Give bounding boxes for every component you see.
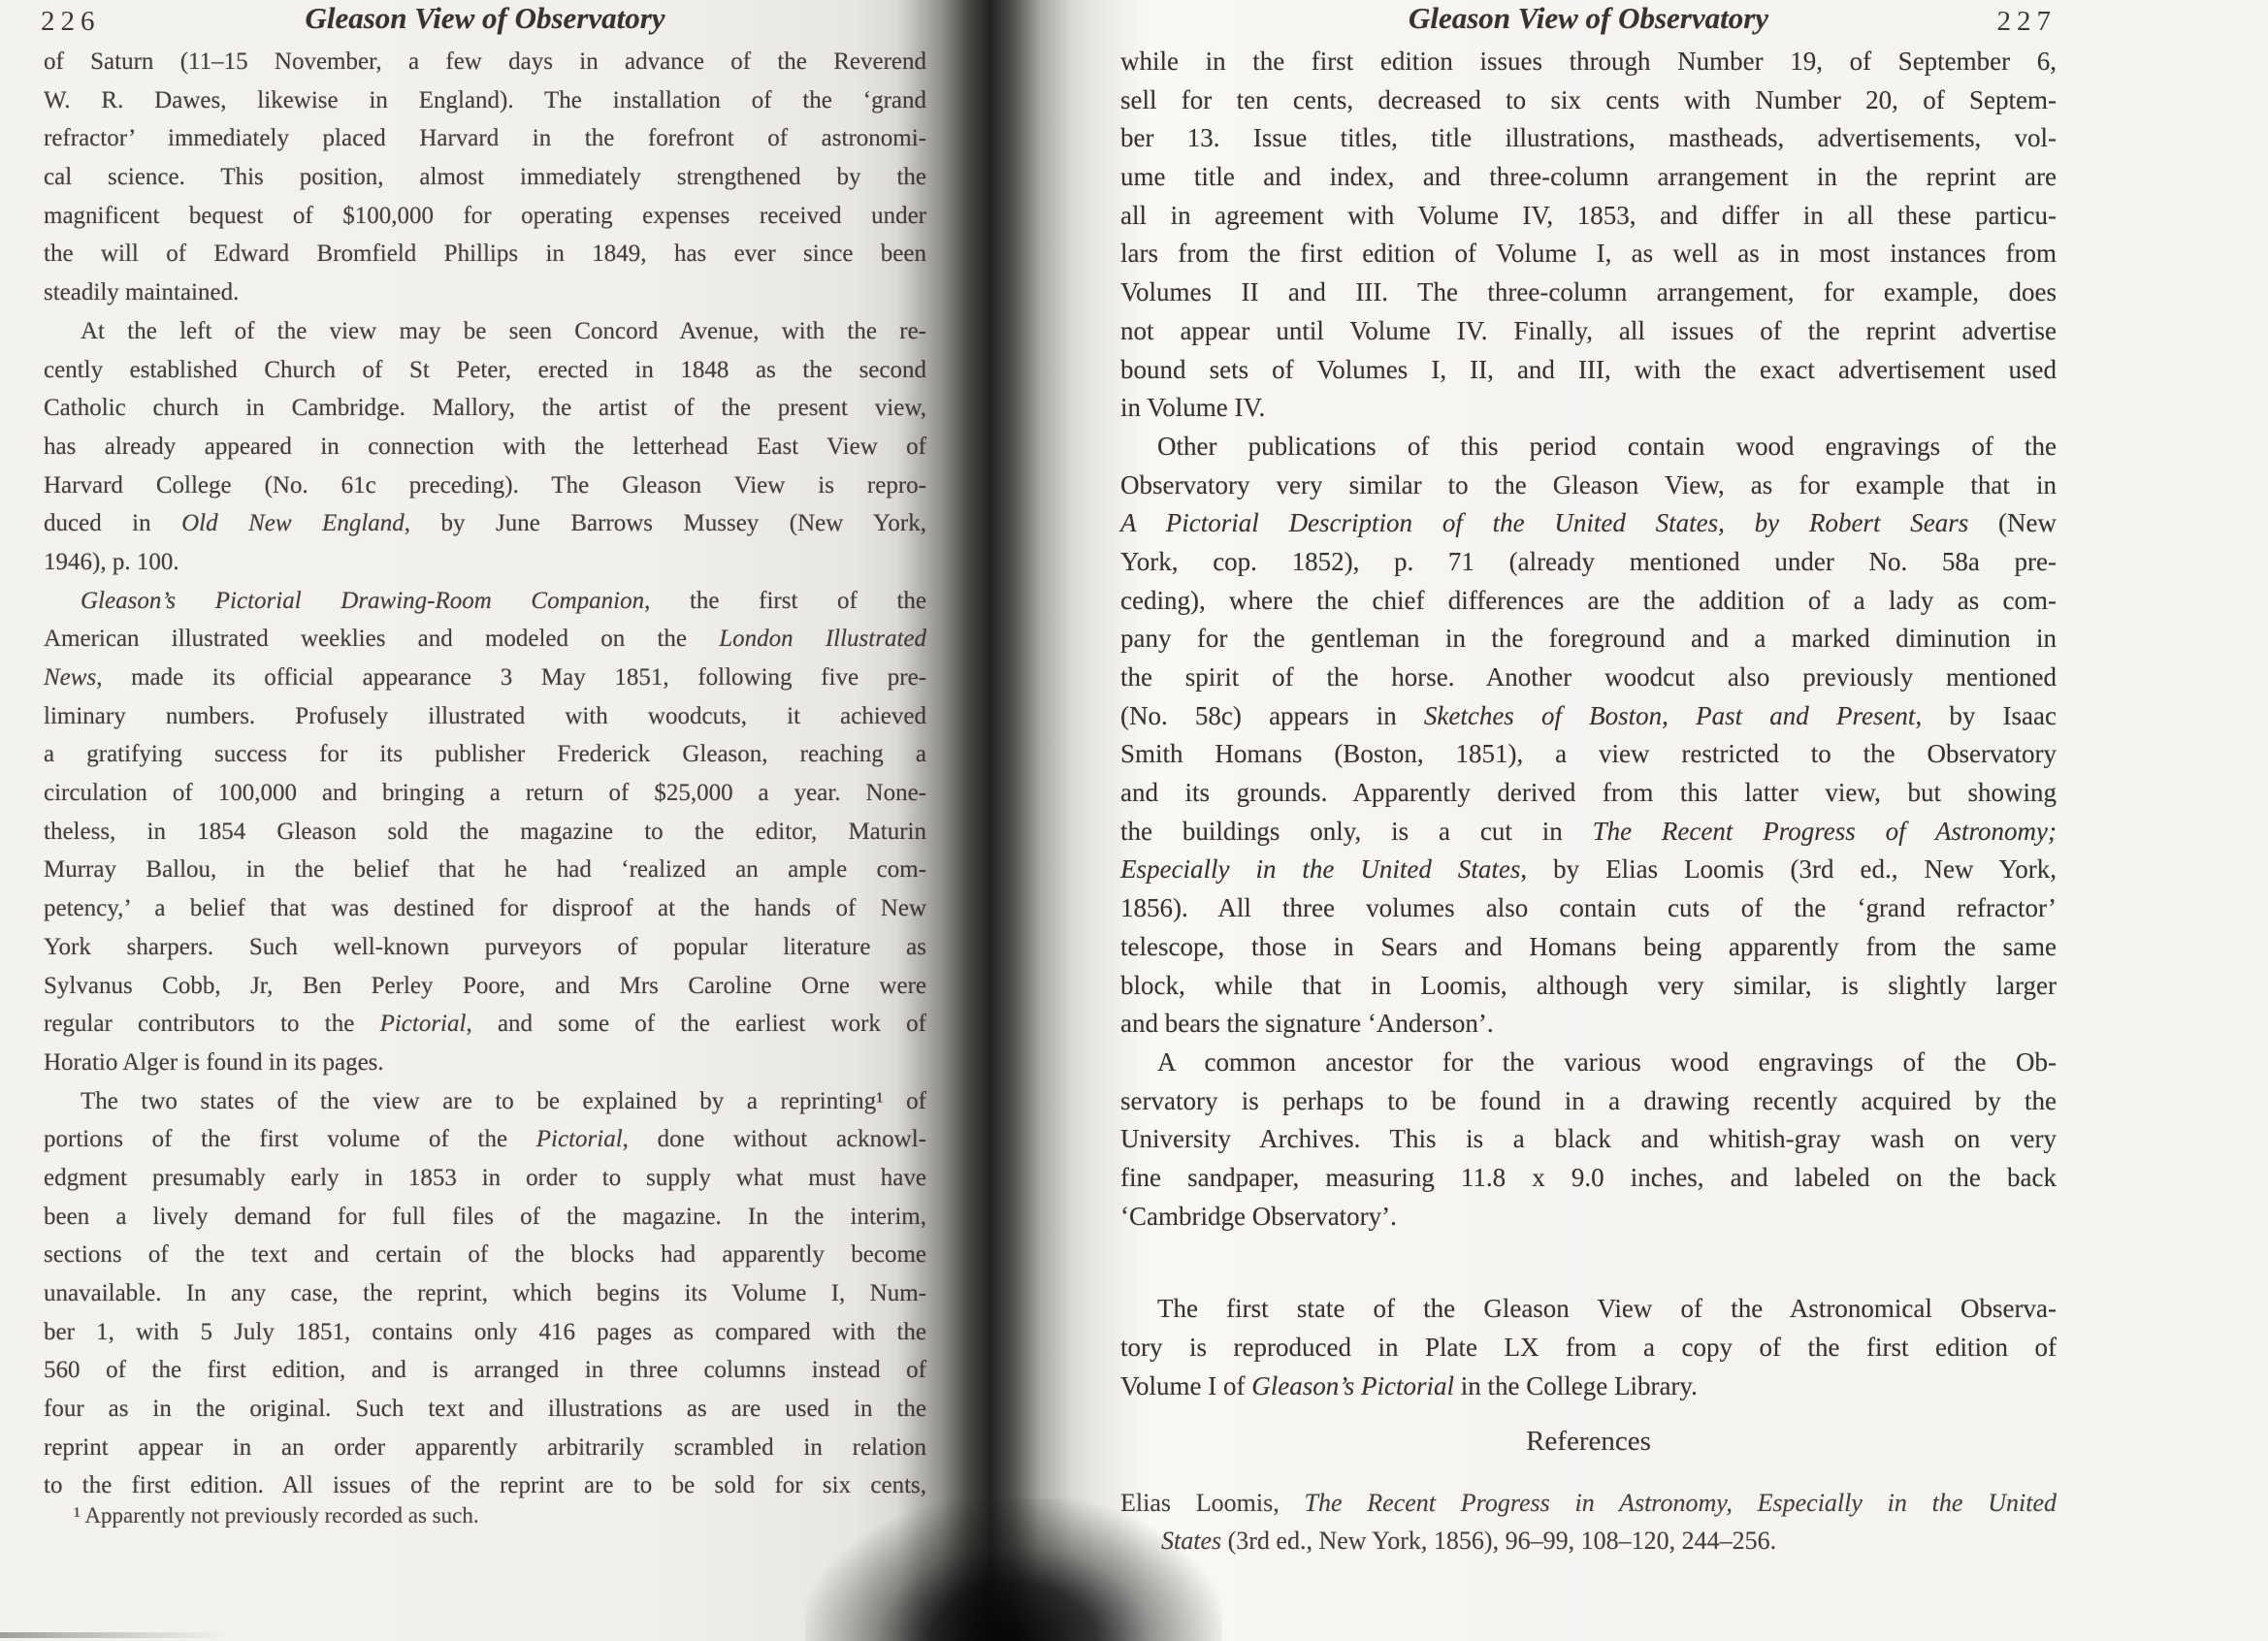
text-line: the buildings only, is a cut in The Rece… xyxy=(1120,813,2057,852)
text-line: bound sets of Volumes I, II, and III, wi… xyxy=(1120,351,2057,390)
left-page-footnote: ¹ Apparently not previously recorded as … xyxy=(74,1503,927,1528)
text-line: States (3rd ed., New York, 1856), 96–99,… xyxy=(1120,1522,2057,1560)
text-line: liminary numbers. Profusely illustrated … xyxy=(44,697,926,736)
text-line: The two states of the view are to be exp… xyxy=(44,1082,926,1121)
text-line: telescope, those in Sears and Homans bei… xyxy=(1120,928,2057,967)
text-line: has already appeared in connection with … xyxy=(44,428,926,467)
text-line: not appear until Volume IV. Finally, all… xyxy=(1120,312,2057,351)
text-line: all in agreement with Volume IV, 1853, a… xyxy=(1120,197,2057,236)
text-line: petency,’ a belief that was destined for… xyxy=(44,889,926,928)
text-line: refractor’ immediately placed Harvard in… xyxy=(44,119,926,158)
text-line: Gleason’s Pictorial Drawing-Room Compani… xyxy=(44,582,926,621)
text-line: ume title and index, and three-column ar… xyxy=(1120,158,2057,197)
text-line: while in the first edition issues throug… xyxy=(1120,43,2057,81)
text-line: and bears the signature ‘Anderson’. xyxy=(1120,1005,2057,1044)
text-line: a gratifying success for its publisher F… xyxy=(44,735,926,774)
text-line: tory is reproduced in Plate LX from a co… xyxy=(1120,1329,2057,1367)
text-line: pany for the gentleman in the foreground… xyxy=(1120,620,2057,659)
text-line: circulation of 100,000 and bringing a re… xyxy=(44,774,926,813)
text-line: University Archives. This is a black and… xyxy=(1120,1120,2057,1159)
text-line: Volume I of Gleason’s Pictorial in the C… xyxy=(1120,1367,2057,1406)
text-line: News, made its official appearance 3 May… xyxy=(44,659,926,697)
text-line: At the left of the view may be seen Conc… xyxy=(44,312,926,351)
text-line: W. R. Dawes, likewise in England). The i… xyxy=(44,81,926,120)
text-line: ‘Cambridge Observatory’. xyxy=(1120,1198,2057,1237)
text-line: portions of the first volume of the Pict… xyxy=(44,1120,926,1159)
right-text-column: while in the first edition issues throug… xyxy=(1120,43,2057,1405)
text-line: in Volume IV. xyxy=(1120,389,2057,428)
text-line: lars from the first edition of Volume I,… xyxy=(1120,235,2057,273)
text-line: block, while that in Loomis, although ve… xyxy=(1120,967,2057,1006)
text-line: 1856). All three volumes also contain cu… xyxy=(1120,889,2057,928)
text-line: Other publications of this period contai… xyxy=(1120,428,2057,467)
text-line: cently established Church of St Peter, e… xyxy=(44,351,926,390)
book-scan: 226 Gleason View of Observatory of Satur… xyxy=(0,0,2268,1641)
text-line: servatory is perhaps to be found in a dr… xyxy=(1120,1082,2057,1121)
text-line: ber 1, with 5 July 1851, contains only 4… xyxy=(44,1313,926,1352)
text-line: Harvard College (No. 61c preceding). The… xyxy=(44,467,926,505)
text-line: to the first edition. All issues of the … xyxy=(44,1466,926,1505)
text-line: A Pictorial Description of the United St… xyxy=(1120,504,2057,543)
text-line: American illustrated weeklies and modele… xyxy=(44,620,926,659)
text-line: A common ancestor for the various wood e… xyxy=(1120,1044,2057,1082)
text-line: theless, in 1854 Gleason sold the magazi… xyxy=(44,813,926,852)
text-line: of Saturn (11–15 November, a few days in… xyxy=(44,43,926,81)
text-line: been a lively demand for full files of t… xyxy=(44,1198,926,1237)
references-list: Elias Loomis, The Recent Progress in Ast… xyxy=(1120,1484,2057,1560)
text-line: regular contributors to the Pictorial, a… xyxy=(44,1005,926,1044)
text-line: duced in Old New England, by June Barrow… xyxy=(44,504,926,543)
text-line: Especially in the United States, by Elia… xyxy=(1120,851,2057,889)
text-line: Smith Homans (Boston, 1851), a view rest… xyxy=(1120,735,2057,774)
text-line: ber 13. Issue titles, title illustration… xyxy=(1120,119,2057,158)
text-line: sections of the text and certain of the … xyxy=(44,1236,926,1274)
left-text-column: of Saturn (11–15 November, a few days in… xyxy=(44,43,926,1505)
text-line: Observatory very similar to the Gleason … xyxy=(1120,467,2057,505)
text-line: steadily maintained. xyxy=(44,273,926,312)
text-line: ceding), where the chief differences are… xyxy=(1120,582,2057,621)
text-line: York, cop. 1852), p. 71 (already mention… xyxy=(1120,543,2057,582)
text-line: reprint appear in an order apparently ar… xyxy=(44,1429,926,1467)
text-line: magnificent bequest of $100,000 for oper… xyxy=(44,197,926,236)
text-line: 560 of the first edition, and is arrange… xyxy=(44,1351,926,1390)
text-line: Sylvanus Cobb, Jr, Ben Perley Poore, and… xyxy=(44,967,926,1006)
text-line: The first state of the Gleason View of t… xyxy=(1120,1290,2057,1329)
text-line: four as in the original. Such text and i… xyxy=(44,1390,926,1429)
text-line: Catholic church in Cambridge. Mallory, t… xyxy=(44,389,926,428)
text-line: York sharpers. Such well-known purveyors… xyxy=(44,928,926,967)
text-line: Murray Ballou, in the belief that he had… xyxy=(44,851,926,889)
left-running-head: Gleason View of Observatory xyxy=(44,1,926,36)
text-line: (No. 58c) appears in Sketches of Boston,… xyxy=(1120,697,2057,736)
text-line: the spirit of the horse. Another woodcut… xyxy=(1120,659,2057,697)
references-heading: References xyxy=(1120,1426,2057,1458)
text-line: Elias Loomis, The Recent Progress in Ast… xyxy=(1120,1484,2057,1522)
text-line: edgment presumably early in 1853 in orde… xyxy=(44,1159,926,1198)
text-line: sell for ten cents, decreased to six cen… xyxy=(1120,81,2057,120)
text-line: the will of Edward Bromfield Phillips in… xyxy=(44,235,926,273)
text-line: 1946), p. 100. xyxy=(44,543,926,582)
right-running-head: Gleason View of Observatory xyxy=(1120,1,2057,36)
text-line: Volumes II and III. The three-column arr… xyxy=(1120,273,2057,312)
text-line: cal science. This position, almost immed… xyxy=(44,158,926,197)
text-line: fine sandpaper, measuring 11.8 x 9.0 inc… xyxy=(1120,1159,2057,1198)
text-line: Horatio Alger is found in its pages. xyxy=(44,1044,926,1082)
text-line: unavailable. In any case, the reprint, w… xyxy=(44,1274,926,1313)
text-line: and its grounds. Apparently derived from… xyxy=(1120,774,2057,813)
